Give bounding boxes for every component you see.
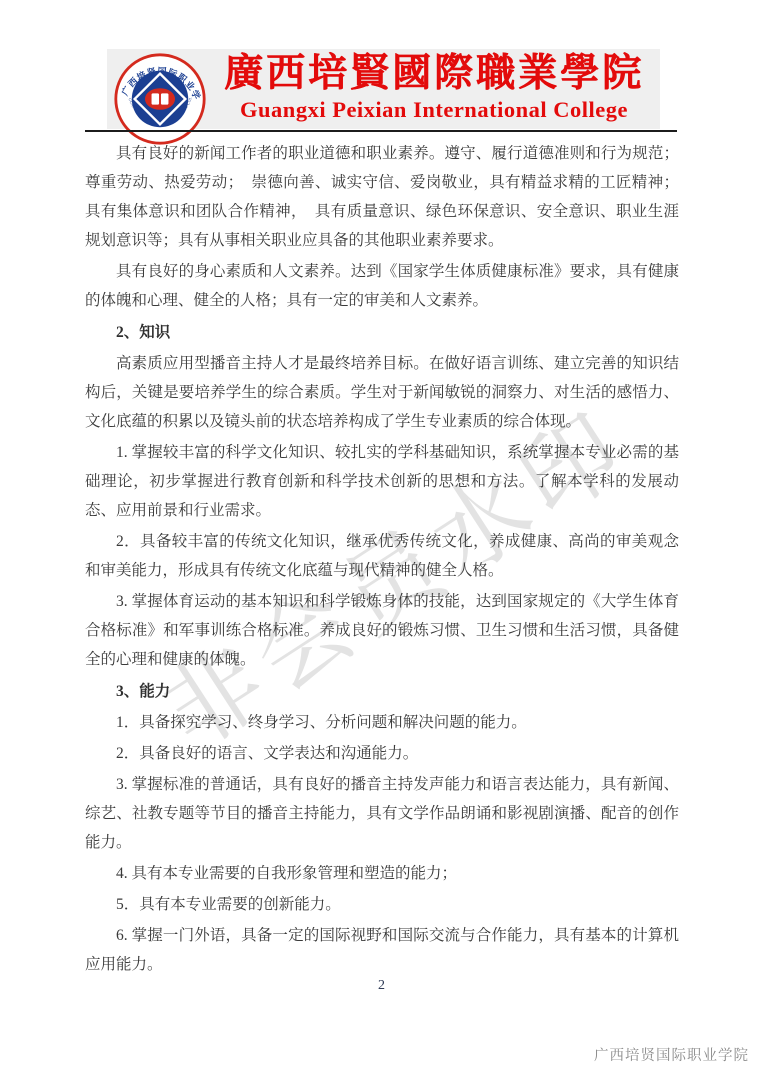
college-title-english: Guangxi Peixian International College (211, 97, 657, 123)
paragraph: 1．具备探究学习、终身学习、分析问题和解决问题的能力。 (85, 708, 679, 737)
paragraph: 具有良好的身心素质和人文素养。达到《国家学生体质健康标准》要求，具有健康的体魄和… (85, 257, 679, 315)
section-heading: 3、能力 (85, 677, 679, 706)
paragraph: 5．具有本专业需要的创新能力。 (85, 890, 679, 919)
paragraph: 2．具备较丰富的传统文化知识，继承优秀传统文化，养成健康、高尚的审美观念和审美能… (85, 527, 679, 585)
paragraph: 具有良好的新闻工作者的职业道德和职业素养。遵守、履行道德准则和行为规范；尊重劳动… (85, 139, 679, 255)
document-page: 非会员水印 广西培贤国际职业学院 GUANGXI PEIXIAN INTERNA… (0, 0, 763, 1080)
paragraph: 2．具备良好的语言、文学表达和沟通能力。 (85, 739, 679, 768)
section-heading: 2、知识 (85, 318, 679, 347)
paragraph: 1. 掌握较丰富的科学文化知识、较扎实的学科基础知识，系统掌握本专业必需的基础理… (85, 438, 679, 525)
paragraph: 高素质应用型播音主持人才是最终培养目标。在做好语言训练、建立完善的知识结构后，关… (85, 349, 679, 436)
college-title-chinese: 廣西培賢國際職業學院 (211, 51, 657, 97)
paragraph: 4. 具有本专业需要的自我形象管理和塑造的能力； (85, 859, 679, 888)
college-header: 广西培贤国际职业学院 GUANGXI PEIXIAN INTERNATIONAL… (107, 49, 660, 129)
document-body: 具有良好的新闻工作者的职业道德和职业素养。遵守、履行道德准则和行为规范；尊重劳动… (85, 139, 679, 981)
footer-watermark: 广西培贤国际职业学院 (594, 1044, 749, 1065)
book-icon (152, 92, 169, 105)
paragraph: 3. 掌握体育运动的基本知识和科学锻炼身体的技能，达到国家规定的《大学生体育合格… (85, 587, 679, 674)
paragraph: 6. 掌握一门外语，具备一定的国际视野和国际交流与合作能力，具有基本的计算机应用… (85, 921, 679, 979)
header-divider (85, 130, 677, 132)
paragraph: 3. 掌握标准的普通话，具有良好的播音主持发声能力和语言表达能力，具有新闻、综艺… (85, 770, 679, 857)
